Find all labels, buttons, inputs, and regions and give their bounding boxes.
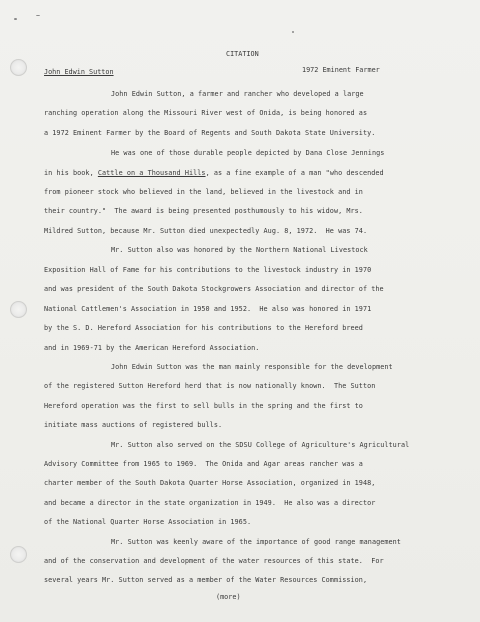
text-segment: in his book, [44, 169, 98, 177]
text-line: ranching operation along the Missouri Ri… [44, 108, 367, 118]
text-line: Mr. Sutton was keenly aware of the impor… [111, 537, 401, 547]
text-line: several years Mr. Sutton served as a mem… [44, 575, 367, 585]
text-line: and became a director in the state organ… [44, 498, 375, 508]
continuation-marker: (more) [216, 593, 241, 601]
text-line: their country." The award is being prese… [44, 206, 363, 216]
honoree-name: John Edwin Sutton [44, 68, 114, 76]
document-page: CITATION John Edwin Sutton 1972 Eminent … [0, 0, 480, 622]
text-line: by the S. D. Hereford Association for hi… [44, 323, 363, 333]
text-line: John Edwin Sutton, a farmer and rancher … [111, 89, 364, 99]
text-line: Exposition Hall of Fame for his contribu… [44, 265, 371, 275]
text-line: charter member of the South Dakota Quart… [44, 478, 375, 488]
text-line: National Cattlemen's Association in 1950… [44, 304, 371, 314]
punch-hole [10, 301, 27, 318]
punch-hole [10, 546, 27, 563]
text-line: Mr. Sutton also served on the SDSU Colle… [111, 440, 409, 450]
text-line: He was one of those durable people depic… [111, 148, 384, 158]
text-line: and was president of the South Dakota St… [44, 284, 384, 294]
text-line: Advisory Committee from 1965 to 1969. Th… [44, 459, 363, 469]
book-title: Cattle on a Thousand Hills [98, 169, 206, 177]
honor-title: 1972 Eminent Farmer [302, 66, 380, 74]
text-line: John Edwin Sutton was the man mainly res… [111, 362, 393, 372]
paper-speck [292, 31, 294, 33]
text-line: a 1972 Eminent Farmer by the Board of Re… [44, 128, 375, 138]
paper-speck [36, 15, 40, 16]
text-line: of the National Quarter Horse Associatio… [44, 517, 251, 527]
text-line: and of the conservation and development … [44, 556, 384, 566]
text-line: Mildred Sutton, because Mr. Sutton died … [44, 226, 367, 236]
text-line: of the registered Sutton Hereford herd t… [44, 381, 375, 391]
text-line: Mr. Sutton also was honored by the North… [111, 245, 368, 255]
document-title: CITATION [226, 50, 259, 58]
punch-hole [10, 59, 27, 76]
text-line: initiate mass auctions of registered bul… [44, 420, 222, 430]
paper-speck [14, 18, 17, 20]
text-segment: , as a fine example of a man "who descen… [206, 169, 384, 177]
text-line: Hereford operation was the first to sell… [44, 401, 363, 411]
text-line: and in 1969-71 by the American Hereford … [44, 343, 259, 353]
text-line: from pioneer stock who believed in the l… [44, 187, 363, 197]
text-line-with-book-title: in his book, Cattle on a Thousand Hills,… [44, 168, 384, 178]
